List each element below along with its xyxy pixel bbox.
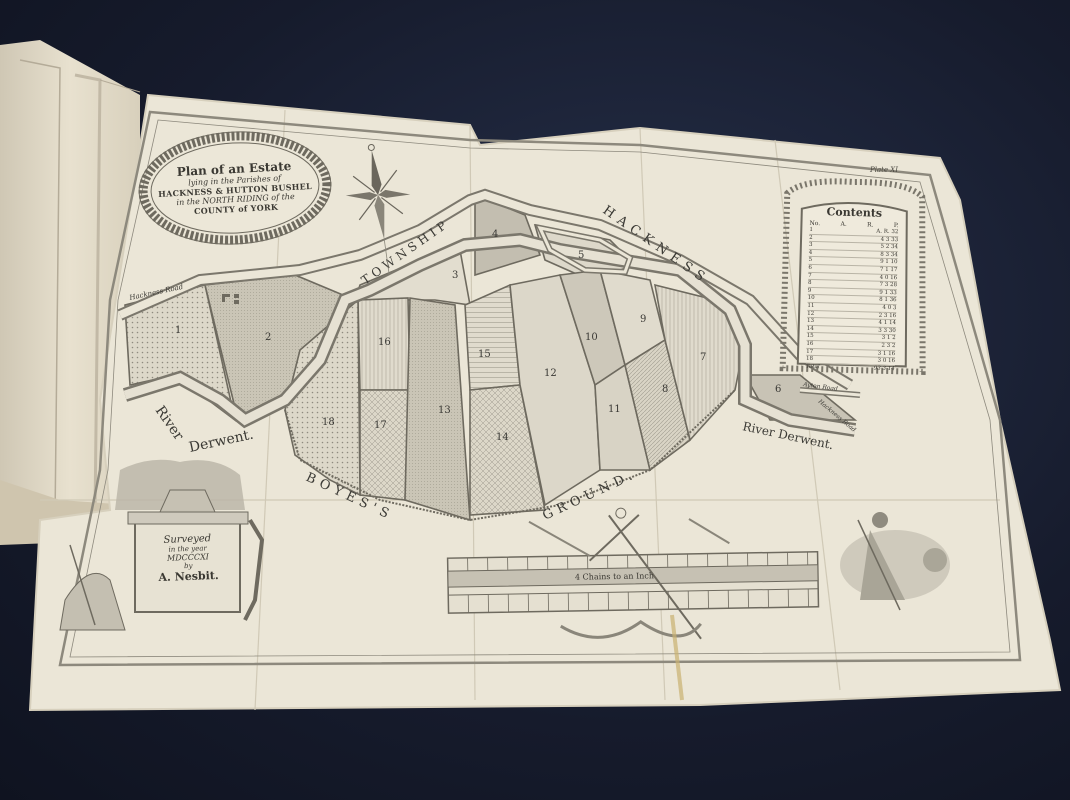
- row-number: 2: [809, 234, 813, 241]
- svg-text:14: 14: [496, 432, 509, 443]
- antique-estate-map: 1 2 3 4 5 6 7 8 9 10 11 12 13 14 15 16 1…: [0, 0, 1070, 800]
- row-area: 3 1 16: [878, 350, 896, 357]
- contents-heading: Contents: [802, 205, 907, 221]
- row-area: 9 1 33: [879, 289, 897, 296]
- svg-text:15: 15: [478, 349, 491, 360]
- row-number: 1: [809, 227, 813, 234]
- row-number: 9: [808, 288, 812, 295]
- row-area: 4 1 14: [878, 320, 896, 327]
- svg-text:18: 18: [322, 417, 335, 428]
- svg-text:9: 9: [640, 314, 646, 325]
- field-17: [360, 390, 410, 500]
- row-area: 2 3 2: [881, 343, 895, 350]
- total-label: Total: [806, 363, 820, 370]
- svg-text:12: 12: [544, 368, 557, 379]
- row-number: 13: [807, 318, 814, 325]
- row-number: 7: [808, 272, 812, 279]
- row-area: 4 3 33: [881, 236, 899, 243]
- svg-text:3: 3: [452, 270, 458, 281]
- row-number: 18: [806, 356, 813, 363]
- row-area: 2 3 16: [879, 312, 897, 319]
- svg-text:6: 6: [775, 384, 781, 395]
- row-area: 5 2 34: [880, 244, 898, 251]
- svg-text:16: 16: [378, 337, 391, 348]
- svg-text:17: 17: [374, 420, 387, 431]
- row-number: 4: [809, 250, 813, 257]
- row-number: 3: [809, 242, 813, 249]
- row-area: 8 1 36: [879, 297, 897, 304]
- svg-text:5: 5: [578, 250, 584, 261]
- svg-text:10: 10: [585, 332, 598, 343]
- row-number: 8: [808, 280, 812, 287]
- svg-text:8: 8: [662, 384, 668, 395]
- row-area: 8 3 34: [880, 251, 898, 258]
- row-number: 17: [806, 348, 813, 355]
- row-number: 11: [807, 303, 814, 310]
- row-area: 4 0 16: [880, 274, 898, 281]
- row-area: 4 0 3: [882, 305, 896, 312]
- svg-text:11: 11: [608, 404, 621, 415]
- row-number: 5: [809, 257, 813, 264]
- surveyed-cartouche: Surveyed in the year MDCCCXI by A. Nesbi…: [139, 532, 237, 584]
- row-number: 6: [808, 265, 812, 272]
- total-value: 93 3 14: [874, 365, 895, 372]
- contents-rows: 1A. R. 3224 3 3335 2 3448 3 3459 1 1067 …: [798, 227, 907, 366]
- row-number: 14: [807, 326, 814, 333]
- scale-bar-label: 4 Chains to an Inch: [575, 571, 654, 581]
- svg-text:13: 13: [438, 405, 451, 416]
- row-number: 16: [806, 341, 813, 348]
- row-area: 7 1 17: [880, 267, 898, 274]
- map-title: Plan of an Estate lying in the Parishes …: [147, 134, 322, 243]
- row-number: 12: [807, 310, 814, 317]
- column-a: A.: [840, 221, 846, 228]
- row-number: 15: [807, 333, 814, 340]
- row-area: 3 0 16: [877, 358, 895, 365]
- row-area: 9 1 10: [880, 259, 898, 266]
- row-number: 10: [808, 295, 815, 302]
- svg-text:7: 7: [700, 352, 706, 363]
- row-area: 3 3 30: [878, 327, 896, 334]
- plate-label: Plate XI: [870, 166, 898, 174]
- svg-text:1: 1: [175, 325, 181, 336]
- row-area: 3 1 2: [881, 335, 895, 342]
- svg-text:4: 4: [492, 229, 498, 240]
- column-r: R.: [867, 221, 874, 228]
- row-area: 7 3 28: [879, 282, 897, 289]
- svg-text:2: 2: [265, 332, 271, 343]
- row-area: A. R. 32: [876, 229, 898, 236]
- contents-table: Contents No. A. R. P. 1A. R. 3224 3 3335…: [798, 199, 907, 370]
